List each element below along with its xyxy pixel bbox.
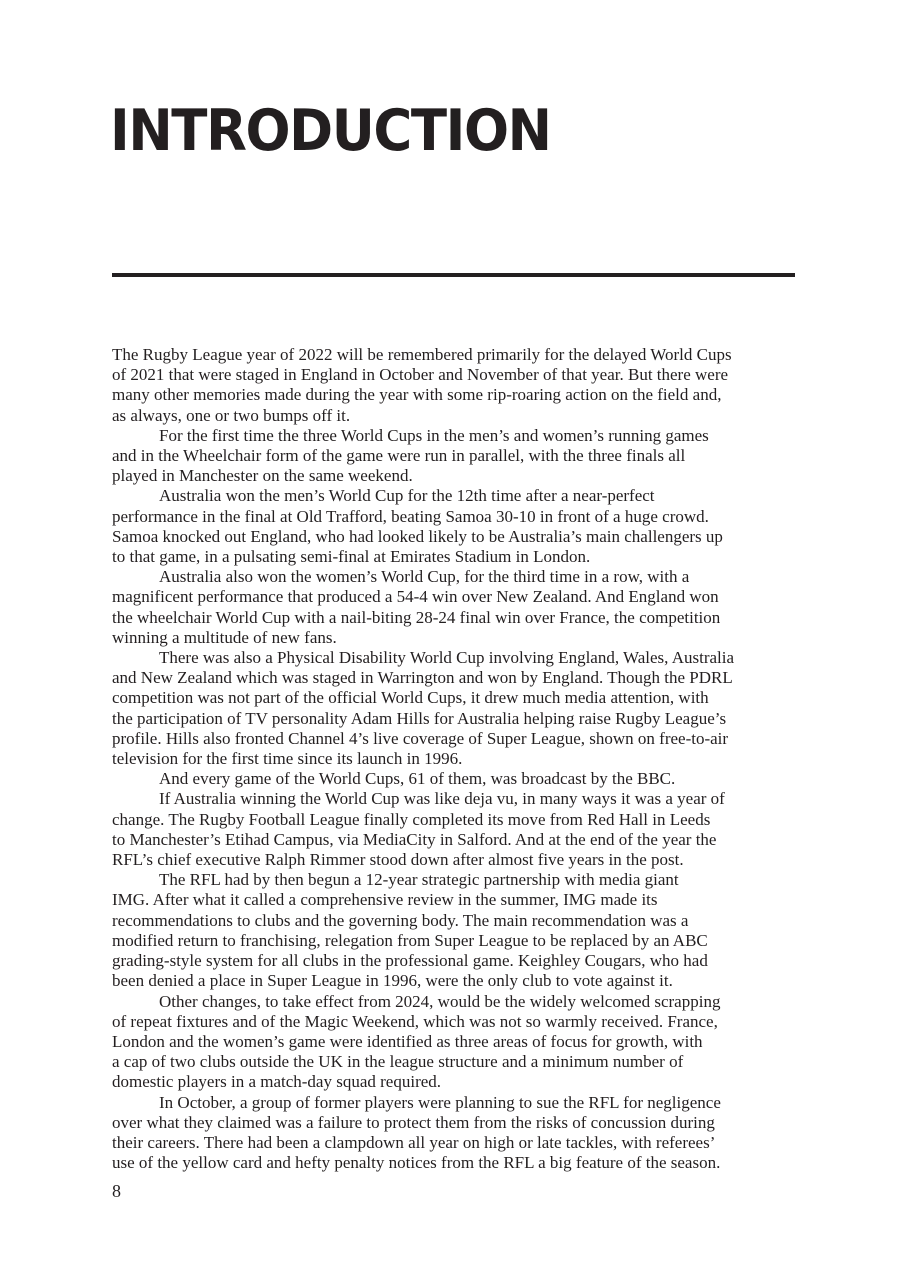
- title-divider-rule: [112, 273, 795, 277]
- text-line: performance in the final at Old Trafford…: [112, 507, 812, 527]
- paragraph-first-line: The RFL had by then begun a 12-year stra…: [112, 870, 812, 890]
- text-line: and in the Wheelchair form of the game w…: [112, 446, 812, 466]
- text-line: their careers. There had been a clampdow…: [112, 1133, 812, 1153]
- text-line: magnificent performance that produced a …: [112, 587, 812, 607]
- text-line: RFL’s chief executive Ralph Rimmer stood…: [112, 850, 812, 870]
- text-line: domestic players in a match-day squad re…: [112, 1072, 812, 1092]
- paragraph-first-line: For the first time the three World Cups …: [112, 426, 812, 446]
- body-text: The Rugby League year of 2022 will be re…: [112, 345, 812, 1173]
- page-title: INTRODUCTION: [110, 96, 551, 166]
- text-line: television for the first time since its …: [112, 749, 812, 769]
- text-line: grading-style system for all clubs in th…: [112, 951, 812, 971]
- text-line: to Manchester’s Etihad Campus, via Media…: [112, 830, 812, 850]
- text-line: of 2021 that were staged in England in O…: [112, 365, 812, 385]
- text-line: the participation of TV personality Adam…: [112, 709, 812, 729]
- text-line: as always, one or two bumps off it.: [112, 406, 812, 426]
- text-line: profile. Hills also fronted Channel 4’s …: [112, 729, 812, 749]
- text-line: over what they claimed was a failure to …: [112, 1113, 812, 1133]
- text-line: to that game, in a pulsating semi-final …: [112, 547, 812, 567]
- text-line: The Rugby League year of 2022 will be re…: [112, 345, 812, 365]
- text-line: use of the yellow card and hefty penalty…: [112, 1153, 812, 1173]
- paragraph-first-line: And every game of the World Cups, 61 of …: [112, 769, 812, 789]
- page-number: 8: [112, 1180, 121, 1202]
- text-line: many other memories made during the year…: [112, 385, 812, 405]
- text-line: modified return to franchising, relegati…: [112, 931, 812, 951]
- text-line: played in Manchester on the same weekend…: [112, 466, 812, 486]
- paragraph-first-line: Australia also won the women’s World Cup…: [112, 567, 812, 587]
- paragraph-first-line: In October, a group of former players we…: [112, 1093, 812, 1113]
- text-line: recommendations to clubs and the governi…: [112, 911, 812, 931]
- paragraph-first-line: If Australia winning the World Cup was l…: [112, 789, 812, 809]
- text-line: a cap of two clubs outside the UK in the…: [112, 1052, 812, 1072]
- text-line: London and the women’s game were identif…: [112, 1032, 812, 1052]
- text-line: of repeat fixtures and of the Magic Week…: [112, 1012, 812, 1032]
- paragraph-first-line: Other changes, to take effect from 2024,…: [112, 992, 812, 1012]
- paragraph-first-line: Australia won the men’s World Cup for th…: [112, 486, 812, 506]
- text-line: change. The Rugby Football League finall…: [112, 810, 812, 830]
- paragraph-first-line: There was also a Physical Disability Wor…: [112, 648, 812, 668]
- text-line: Samoa knocked out England, who had looke…: [112, 527, 812, 547]
- text-line: been denied a place in Super League in 1…: [112, 971, 812, 991]
- text-line: IMG. After what it called a comprehensiv…: [112, 890, 812, 910]
- text-line: winning a multitude of new fans.: [112, 628, 812, 648]
- text-line: and New Zealand which was staged in Warr…: [112, 668, 812, 688]
- text-line: competition was not part of the official…: [112, 688, 812, 708]
- text-line: the wheelchair World Cup with a nail-bit…: [112, 608, 812, 628]
